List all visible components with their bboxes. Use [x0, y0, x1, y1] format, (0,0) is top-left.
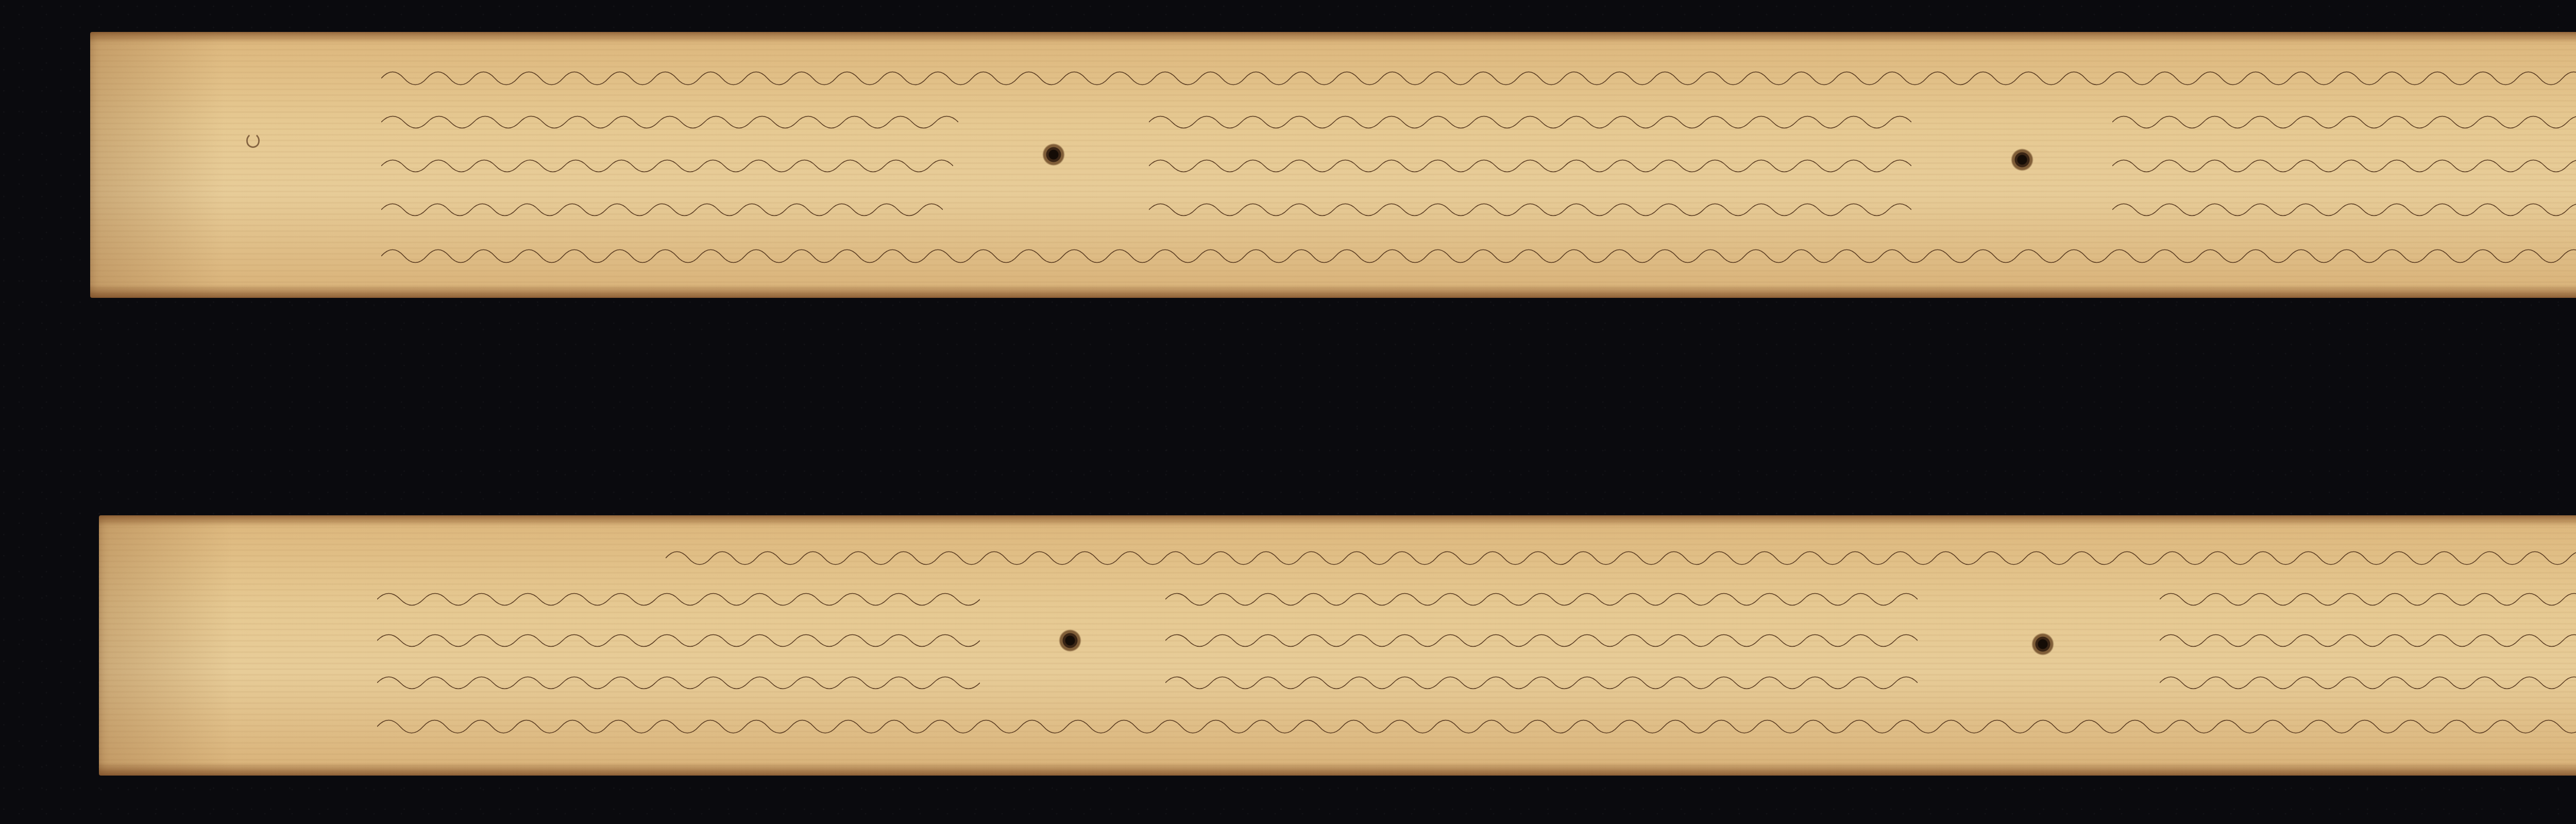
script-line [377, 665, 980, 701]
script-line [2112, 148, 2576, 184]
script-line [381, 238, 2576, 274]
script-line [1149, 148, 1911, 184]
script-line [381, 148, 953, 184]
script-line [1149, 104, 1911, 140]
script-line [1149, 192, 1911, 228]
script-line [1165, 665, 1918, 701]
binding-hole [1059, 629, 1081, 652]
script-line [666, 540, 2576, 576]
palm-leaf-bottom [99, 515, 2576, 776]
script-line [381, 192, 943, 228]
script-line [2160, 581, 2576, 617]
script-line [2112, 192, 2576, 228]
script-line [377, 709, 2576, 745]
script-line [2160, 665, 2576, 701]
leaf-number-glyph: ပ [245, 120, 261, 162]
palm-leaf-top: ပ [90, 32, 2576, 298]
script-line [381, 104, 958, 140]
script-line [381, 60, 2576, 96]
script-line [2160, 623, 2576, 659]
script-line [1165, 581, 1918, 617]
script-line [1165, 623, 1918, 659]
binding-hole [2031, 633, 2054, 655]
script-line [377, 581, 980, 617]
script-line [377, 623, 980, 659]
script-line [2112, 104, 2576, 140]
binding-hole [2011, 148, 2033, 171]
binding-hole [1042, 143, 1065, 166]
